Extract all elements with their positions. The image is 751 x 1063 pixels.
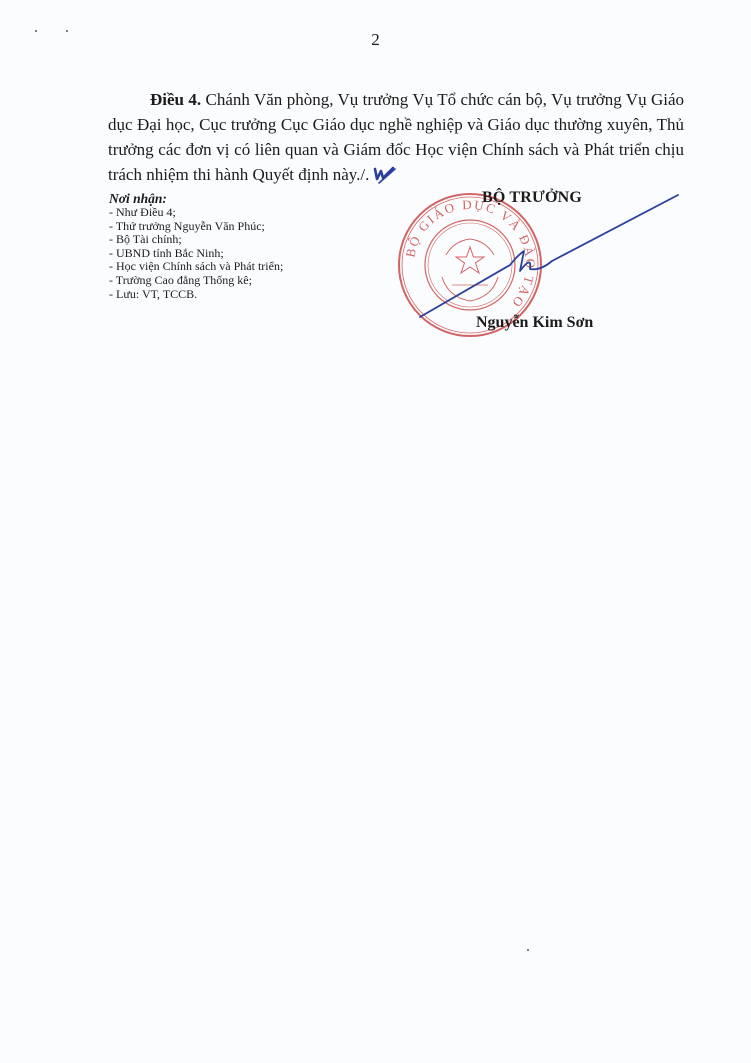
article-label: Điều 4.	[150, 90, 201, 109]
recipient-item: - Như Điều 4;	[109, 206, 283, 220]
page-number: 2	[0, 30, 751, 50]
article-4-paragraph: Điều 4. Chánh Văn phòng, Vụ trưởng Vụ Tổ…	[108, 87, 684, 187]
recipient-item: - UBND tỉnh Bắc Ninh;	[109, 247, 283, 261]
recipients-block: Nơi nhận: - Như Điều 4; - Thứ trưởng Ngu…	[109, 191, 283, 301]
recipient-item: - Bộ Tài chính;	[109, 233, 283, 247]
initials-mark-icon	[371, 166, 397, 184]
recipient-item: - Học viện Chính sách và Phát triển;	[109, 260, 283, 274]
recipients-heading: Nơi nhận:	[109, 191, 283, 206]
recipient-item: - Thứ trưởng Nguyễn Văn Phúc;	[109, 220, 283, 234]
scan-speck	[527, 949, 529, 951]
signature-title: BỘ TRƯỞNG	[482, 189, 582, 207]
recipient-item: - Lưu: VT, TCCB.	[109, 288, 283, 302]
signer-name: Nguyễn Kim Sơn	[476, 314, 593, 332]
recipients-list: - Như Điều 4; - Thứ trưởng Nguyễn Văn Ph…	[109, 206, 283, 301]
recipient-item: - Trường Cao đẳng Thống kê;	[109, 274, 283, 288]
